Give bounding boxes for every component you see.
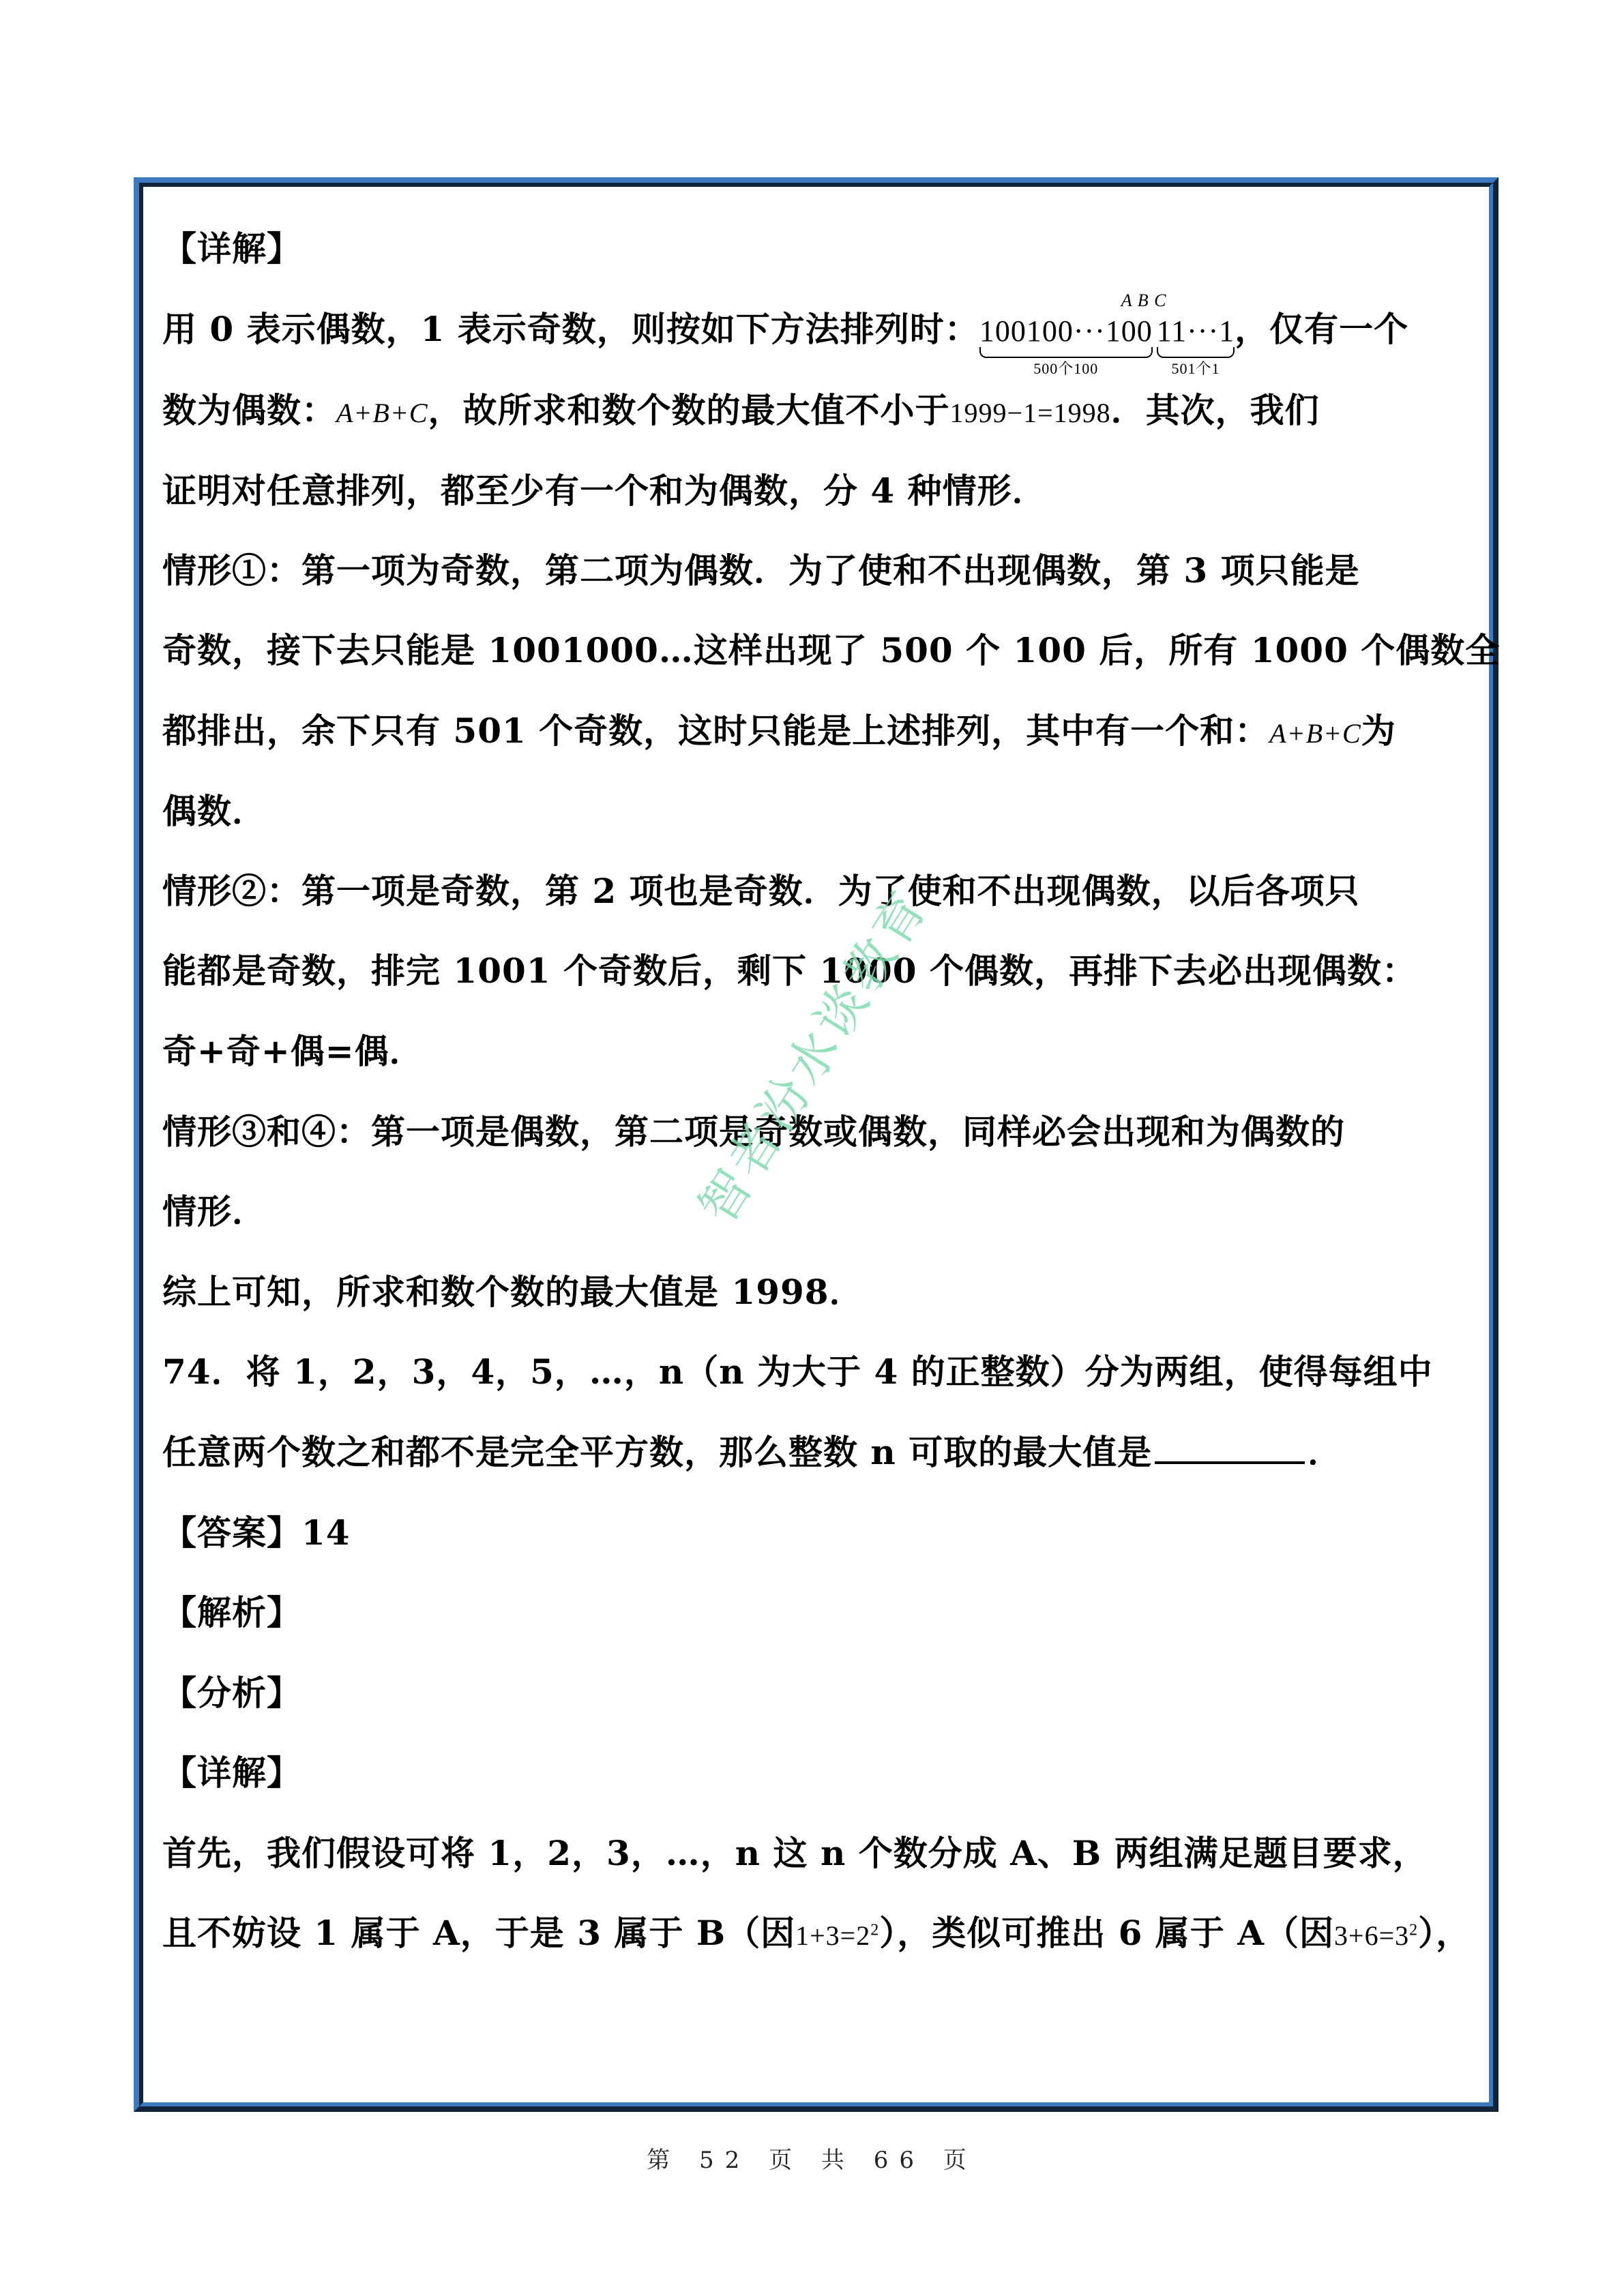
- math-expression: A+B+C: [336, 398, 428, 428]
- underbrace-label: 500个100: [979, 357, 1153, 378]
- analysis-heading: 【解析】: [162, 1585, 301, 1635]
- section-heading-detail: 【详解】: [162, 222, 301, 271]
- math-expression: A+B+C: [1269, 718, 1361, 749]
- paragraph-line: 首先，我们假设可将 1，2，3，…，n 这 n 个数分成 A、B 两组满足题目要…: [162, 1826, 1428, 1875]
- sequence-1: 11···1: [1157, 314, 1235, 348]
- paragraph-line: 偶数．: [162, 784, 267, 833]
- abc-label: A B C: [1121, 290, 1167, 311]
- text: 为: [1361, 711, 1396, 751]
- analysis-sub-heading: 【分析】: [162, 1666, 301, 1715]
- text: ，故所求和数个数的最大值不小于: [428, 390, 950, 430]
- text: ，仅有一个: [1235, 309, 1408, 349]
- text: 且不妨设 1 属于 A，于是 3 属于 B（因: [162, 1913, 795, 1953]
- page-number-footer: 第 52 页 共 66 页: [0, 2141, 1624, 2175]
- math-expression: 1999−1=1998: [950, 398, 1111, 428]
- question-74-line: 74．将 1，2，3，4，5，…，n（n 为大于 4 的正整数）分为两组，使得每…: [162, 1345, 1433, 1394]
- math-expression: 1+3=22: [795, 1920, 879, 1951]
- answer-heading: 【答案】14: [162, 1506, 351, 1555]
- text: ），类似可推出 6 属于 A（因: [879, 1913, 1334, 1953]
- paragraph-line: 情形①：第一项为奇数，第二项为偶数．为了使和不出现偶数，第 3 项只能是: [162, 543, 1360, 593]
- paragraph-line: 情形．: [162, 1184, 267, 1234]
- underbrace: [1157, 347, 1235, 358]
- paragraph-line: 数为偶数：A+B+C，故所求和数个数的最大值不小于1999−1=1998．其次，…: [162, 383, 1320, 432]
- text: ．其次，我们: [1111, 390, 1320, 430]
- paragraph-line: 奇+奇+偶=偶．: [162, 1024, 424, 1073]
- math-expression: 3+6=32: [1334, 1920, 1418, 1951]
- sequence-100: 100100···100: [979, 314, 1153, 348]
- underbrace-label: 501个1: [1157, 357, 1235, 378]
- paragraph-line: 证明对任意排列，都至少有一个和为偶数，分 4 种情形．: [162, 464, 1047, 513]
- paragraph-line: 且不妨设 1 属于 A，于是 3 属于 B（因1+3=22），类似可推出 6 属…: [162, 1906, 1471, 1955]
- math-text: 3+6=3: [1334, 1920, 1409, 1951]
- text: ），: [1418, 1913, 1471, 1953]
- text: 任意两个数之和都不是完全平方数，那么整数 n 可取的最大值是: [162, 1432, 1152, 1472]
- section-heading-detail: 【详解】: [162, 1746, 301, 1795]
- paragraph-line: 都排出，余下只有 501 个奇数，这时只能是上述排列，其中有一个和：A+B+C为: [162, 704, 1396, 753]
- superscript: 2: [870, 1922, 879, 1939]
- math-text: 1+3=2: [795, 1920, 870, 1951]
- paragraph-line: 用 0 表示偶数，1 表示奇数，则按如下方法排列时：100100···10050…: [162, 302, 1408, 351]
- text: 用 0 表示偶数，1 表示奇数，则按如下方法排列时：: [162, 309, 979, 349]
- question-74-line: 任意两个数之和都不是完全平方数，那么整数 n 可取的最大值是．: [162, 1425, 1342, 1474]
- answer-blank: [1155, 1461, 1305, 1464]
- paragraph-line: 奇数，接下去只能是 1001000…这样出现了 500 个 100 后，所有 1…: [162, 623, 1500, 672]
- text: 数为偶数：: [162, 390, 336, 430]
- sequence-formula: 100100···100500个100A B C11···1501个1: [979, 314, 1235, 348]
- underbrace: [979, 347, 1153, 358]
- paragraph-line: 综上可知，所求和数个数的最大值是 1998．: [162, 1265, 864, 1314]
- text: 都排出，余下只有 501 个奇数，这时只能是上述排列，其中有一个和：: [162, 711, 1269, 751]
- paragraph-line: 情形②：第一项是奇数，第 2 项也是奇数．为了使和不出现偶数，以后各项只: [162, 864, 1360, 913]
- superscript: 2: [1409, 1922, 1418, 1939]
- text: ．: [1308, 1432, 1342, 1472]
- paragraph-line: 能都是奇数，排完 1001 个奇数后，剩下 1000 个偶数，再排下去必出现偶数…: [162, 944, 1417, 993]
